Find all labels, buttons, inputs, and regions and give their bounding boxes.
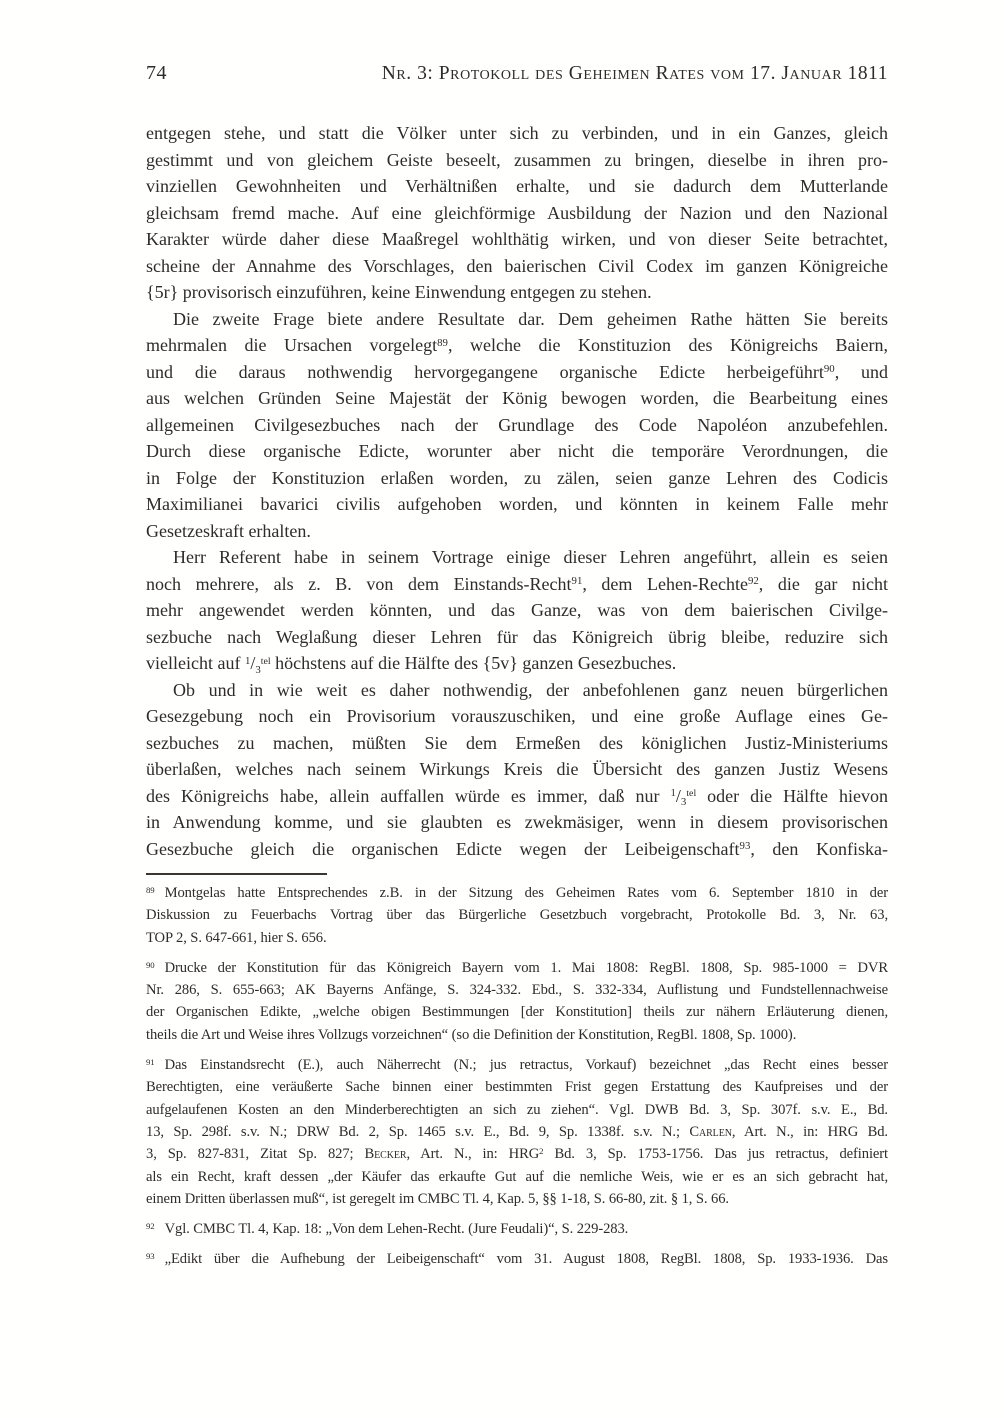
- page-header: 74 Nr. 3: Protokoll des Geheimen Rates v…: [146, 62, 888, 85]
- footnote-line: 92Vgl. CMBC Tl. 4, Kap. 18: „Von dem Leh…: [146, 1218, 888, 1240]
- footnote-ref: 92: [748, 575, 759, 587]
- text-line: Maximilianei bavarici civilis aufgehoben…: [146, 491, 888, 518]
- text-line: sezbuche nach Weglaßung dieser Lehren fü…: [146, 624, 888, 651]
- paragraph: Die zweite Frage biete andere Resultate …: [146, 306, 888, 545]
- text-line: in Folge der Konstituzion erlaßen worden…: [146, 465, 888, 492]
- footnote: 93„Edikt über die Aufhebung der Leibeige…: [146, 1248, 888, 1270]
- footnote-line: 93„Edikt über die Aufhebung der Leibeige…: [146, 1248, 888, 1270]
- fraction: 1/3tel: [245, 653, 271, 673]
- document-page: 74 Nr. 3: Protokoll des Geheimen Rates v…: [0, 0, 1004, 1418]
- paragraph: Ob und in wie weit es daher nothwendig, …: [146, 677, 888, 863]
- text-line: entgegen stehe, und statt die Völker unt…: [146, 120, 888, 147]
- text-line: in Anwendung komme, und sie glaubten es …: [146, 809, 888, 836]
- text-line: Gesezbuche gleich die organischen Edicte…: [146, 836, 888, 863]
- footnote-separator-rule: [146, 873, 327, 875]
- footnote-line: 3, Sp. 827-831, Zitat Sp. 827; Becker, A…: [146, 1143, 888, 1165]
- page-number: 74: [146, 62, 167, 85]
- footnote-line: Berechtigten, eine veräußerte Sache binn…: [146, 1076, 888, 1098]
- footnote-line: 89Montgelas hatte Entsprechendes z.B. in…: [146, 882, 888, 904]
- smallcaps-name: Becker: [365, 1146, 407, 1162]
- text-line: gleichsam fremd mache. Auf eine gleichfö…: [146, 200, 888, 227]
- text-line: Herr Referent habe in seinem Vortrage ei…: [146, 544, 888, 571]
- footnote-marker: 90: [146, 960, 155, 970]
- text-line: Gesezgebung noch ein Provisorium vorausz…: [146, 703, 888, 730]
- footnote-line: theils die Art und Weise ihres Vollzugs …: [146, 1024, 888, 1046]
- smallcaps-name: Carlen: [689, 1124, 731, 1140]
- footnote-ref: 2: [539, 1146, 543, 1156]
- body-text: entgegen stehe, und statt die Völker unt…: [146, 120, 888, 862]
- text-line: Die zweite Frage biete andere Resultate …: [146, 306, 888, 333]
- paragraph: entgegen stehe, und statt die Völker unt…: [146, 120, 888, 306]
- footnote-ref: 90: [824, 363, 835, 375]
- text-line: Ob und in wie weit es daher nothwendig, …: [146, 677, 888, 704]
- text-line: vielleicht auf 1/3tel höchstens auf die …: [146, 650, 888, 677]
- footnote-line: Nr. 286, S. 655-663; AK Bayerns Anfänge,…: [146, 979, 888, 1001]
- running-header: Nr. 3: Protokoll des Geheimen Rates vom …: [382, 63, 888, 85]
- text-line: allgemeinen Civilgesezbuches nach der Gr…: [146, 412, 888, 439]
- footnote-line: 90Drucke der Konstitution für das Königr…: [146, 957, 888, 979]
- footnote-marker: 93: [146, 1251, 155, 1261]
- text-line: aus welchen Gründen Seine Majestät der K…: [146, 385, 888, 412]
- footnote-ref: 91: [572, 575, 583, 587]
- footnote-line: 13, Sp. 298f. s.v. N.; DRW Bd. 2, Sp. 14…: [146, 1121, 888, 1143]
- text-line: mehr angewendet werden könnten, und das …: [146, 597, 888, 624]
- text-line: und die daraus nothwendig hervorgegangen…: [146, 359, 888, 386]
- text-line: sezbuches zu machen, müßten Sie dem Erme…: [146, 730, 888, 757]
- text-line: vinziellen Gewohnheiten und Verhältnißen…: [146, 173, 888, 200]
- text-line: gestimmt und von gleichem Geiste beseelt…: [146, 147, 888, 174]
- text-line: scheine der Annahme des Vorschlages, den…: [146, 253, 888, 280]
- text-line: Durch diese organische Edicte, worunter …: [146, 438, 888, 465]
- text-line: {5r} provisorisch einzuführen, keine Ein…: [146, 279, 888, 306]
- footnote: 91Das Einstandsrecht (E.), auch Näherrec…: [146, 1054, 888, 1210]
- footnote-marker: 92: [146, 1221, 155, 1231]
- footnote-line: aufgelaufenen Kosten an den Minderberech…: [146, 1099, 888, 1121]
- text-line: noch mehrere, als z. B. von dem Einstand…: [146, 571, 888, 598]
- text-line: überlaßen, welches nach seinem Wirkungs …: [146, 756, 888, 783]
- footnote-line: als ein Recht, kraft dessen „der Käufer …: [146, 1166, 888, 1188]
- footnote-marker: 89: [146, 885, 155, 895]
- footnote-marker: 91: [146, 1057, 155, 1067]
- footnote-ref: 93: [740, 840, 751, 852]
- footnote-line: 91Das Einstandsrecht (E.), auch Näherrec…: [146, 1054, 888, 1076]
- footnote: 89Montgelas hatte Entsprechendes z.B. in…: [146, 882, 888, 949]
- footnote: 90Drucke der Konstitution für das Königr…: [146, 957, 888, 1046]
- paragraph: Herr Referent habe in seinem Vortrage ei…: [146, 544, 888, 677]
- fraction: 1/3tel: [670, 786, 696, 806]
- footnote-line: TOP 2, S. 647-661, hier S. 656.: [146, 927, 888, 949]
- footnote: 92Vgl. CMBC Tl. 4, Kap. 18: „Von dem Leh…: [146, 1218, 888, 1240]
- text-line: Gesetzeskraft erhalten.: [146, 518, 888, 545]
- footnote-line: der Organischen Edikte, „welche obigen B…: [146, 1001, 888, 1023]
- footnotes-section: 89Montgelas hatte Entsprechendes z.B. in…: [146, 882, 888, 1279]
- text-line: Karakter würde daher diese Maaßregel woh…: [146, 226, 888, 253]
- text-line: mehrmalen die Ursachen vorgelegt89, welc…: [146, 332, 888, 359]
- footnote-line: einem Dritten überlassen muß“, ist gereg…: [146, 1188, 888, 1210]
- footnote-line: Diskussion zu Feuerbachs Vortrag über da…: [146, 904, 888, 926]
- text-line: des Königreichs habe, allein auffallen w…: [146, 783, 888, 810]
- footnote-ref: 89: [437, 337, 448, 349]
